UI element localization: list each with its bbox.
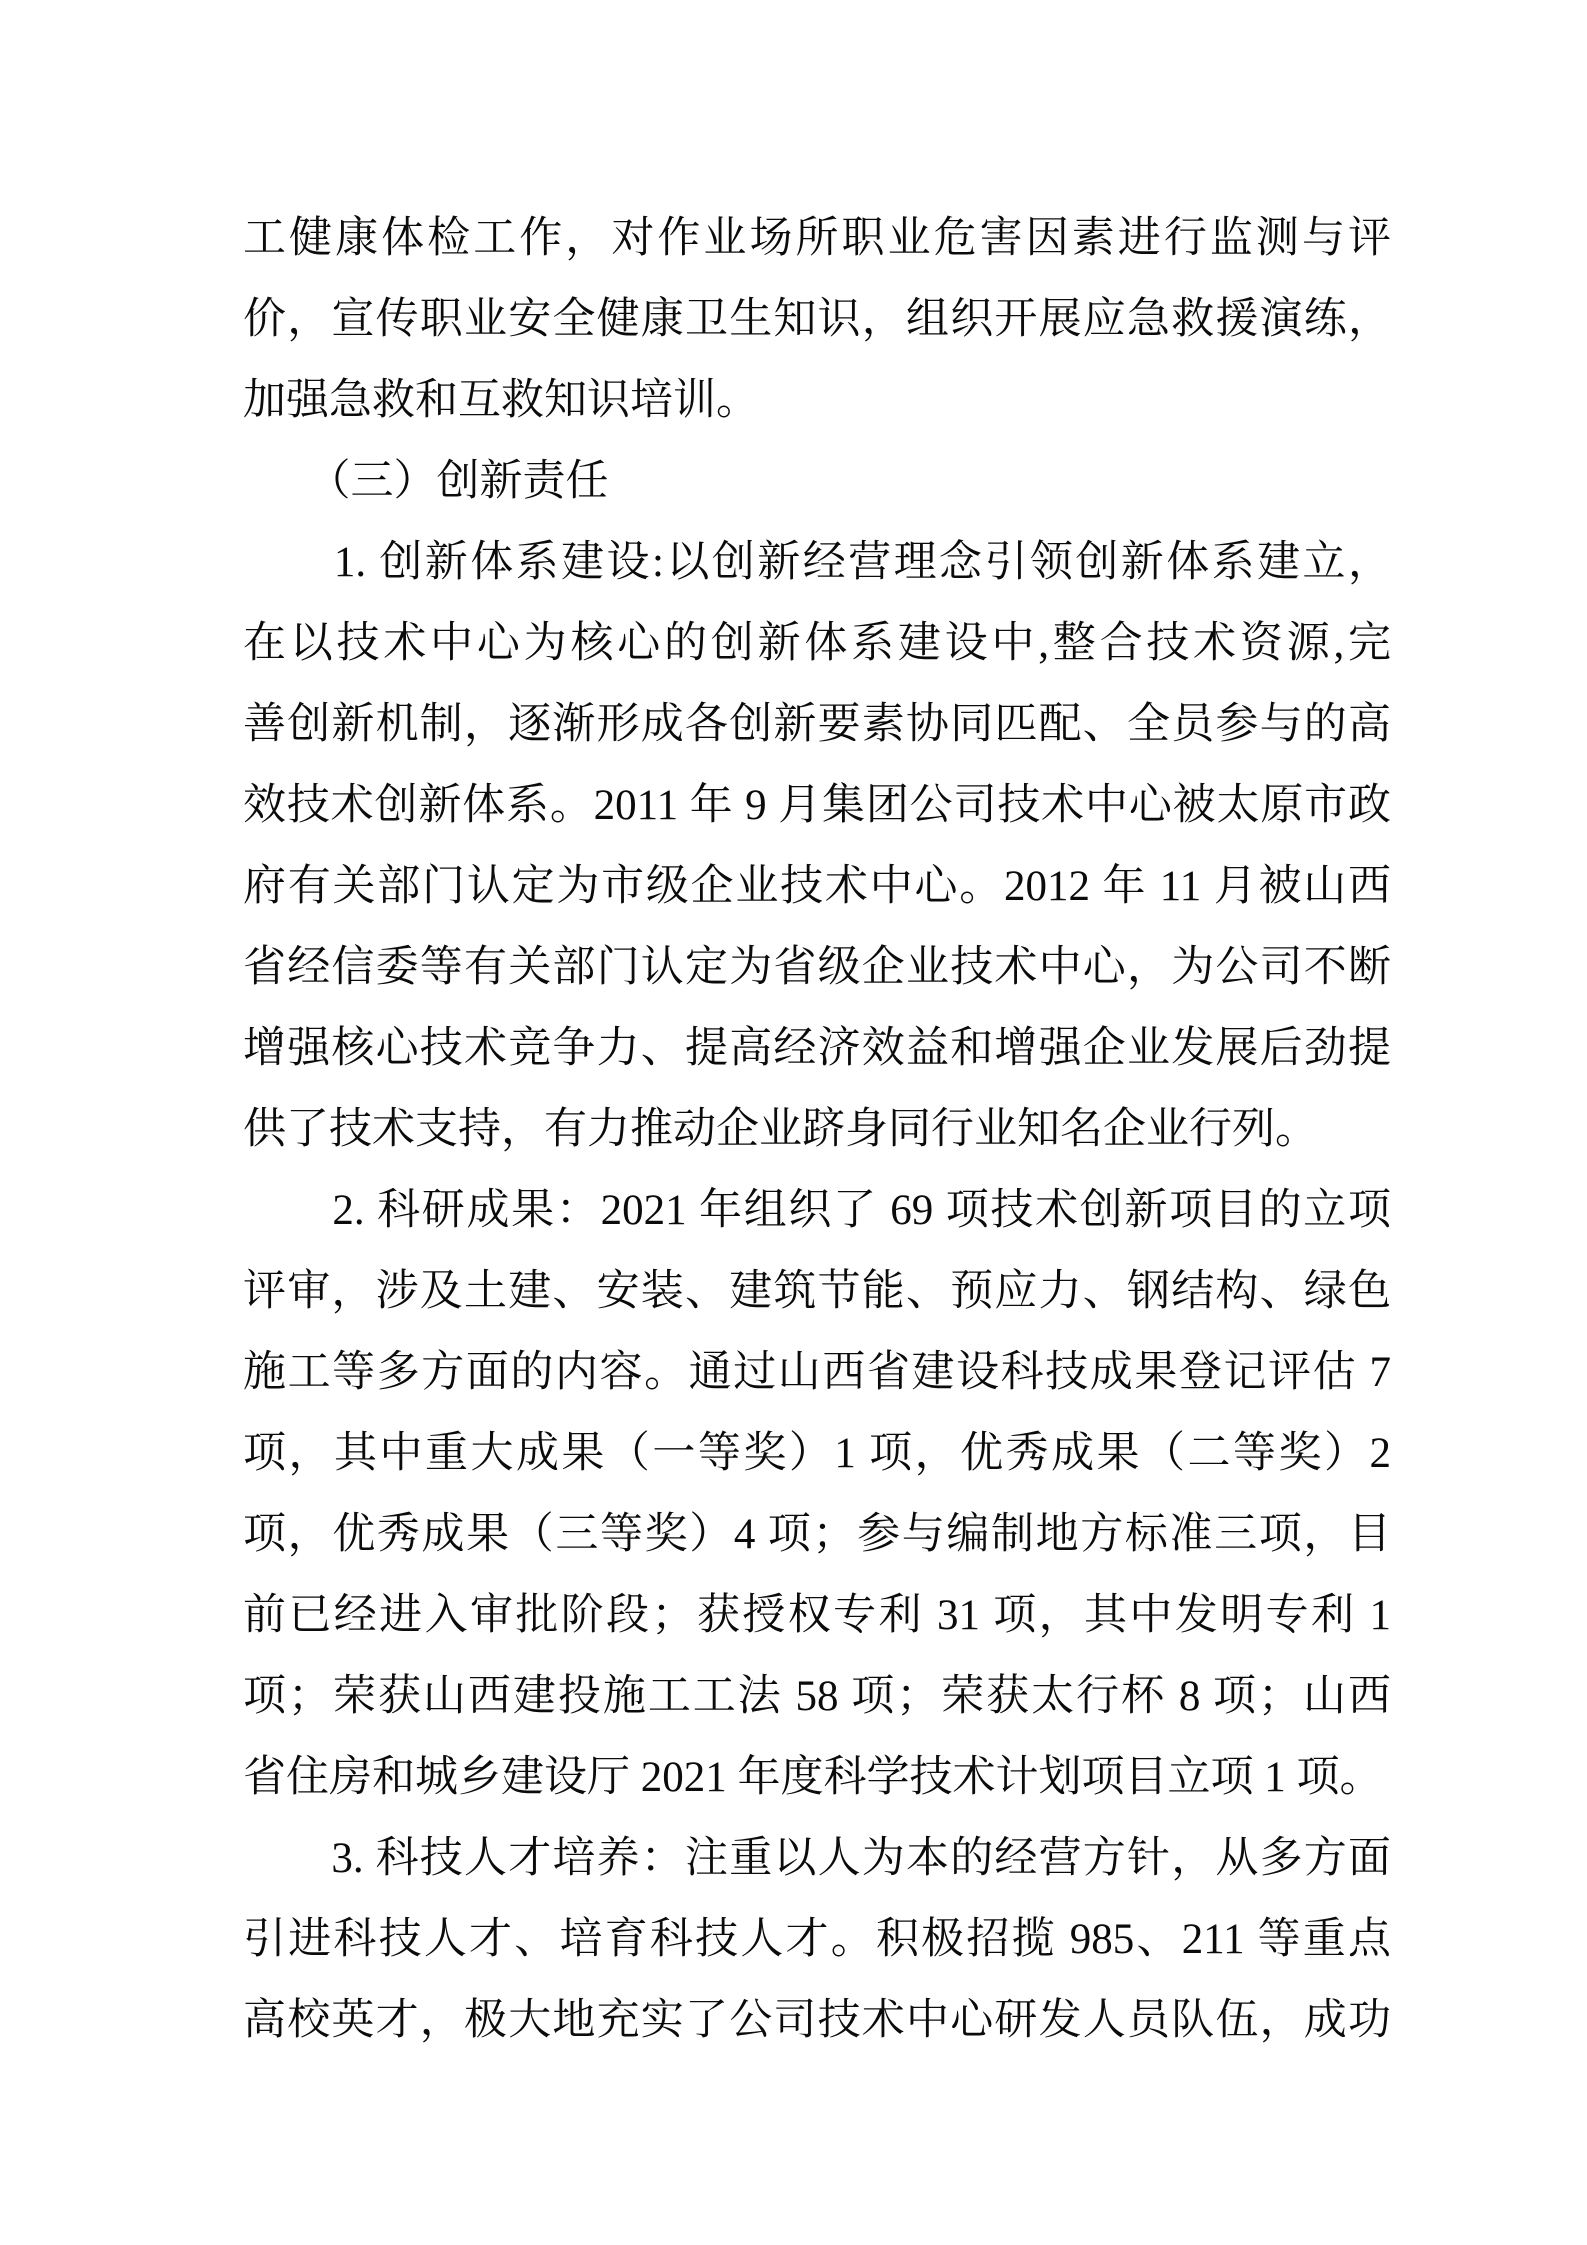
text-line: 项，其中重大成果（一等奖）1 项，优秀成果（二等奖）2 [243, 1413, 1391, 1494]
text-line: 2. 科研成果：2021 年组织了 69 项技术创新项目的立项 [243, 1170, 1391, 1251]
text-line: 增强核心技术竞争力、提高经济效益和增强企业发展后劲提 [243, 1008, 1391, 1089]
text-line: 价，宣传职业安全健康卫生知识，组织开展应急救援演练， [243, 279, 1391, 360]
text-line: 在以技术中心为核心的创新体系建设中,整合技术资源,完 [243, 603, 1391, 684]
text-line: 1. 创新体系建设:以创新经营理念引领创新体系建立， [243, 522, 1391, 603]
text-line: 省住房和城乡建设厅 2021 年度科学技术计划项目立项 1 项。 [243, 1737, 1391, 1818]
text-line: 善创新机制，逐渐形成各创新要素协同匹配、全员参与的高 [243, 684, 1391, 765]
text-line: 3. 科技人才培养：注重以人为本的经营方针，从多方面 [243, 1818, 1391, 1899]
text-line: 项；荣获山西建投施工工法 58 项；荣获太行杯 8 项；山西 [243, 1656, 1391, 1737]
text-line: 前已经进入审批阶段；获授权专利 31 项，其中发明专利 1 [243, 1575, 1391, 1656]
document-body: 工健康体检工作，对作业场所职业危害因素进行监测与评 价，宣传职业安全健康卫生知识… [243, 198, 1391, 2061]
text-line: 高校英才，极大地充实了公司技术中心研发人员队伍，成功 [243, 1980, 1391, 2061]
text-line: 引进科技人才、培育科技人才。积极招揽 985、211 等重点 [243, 1899, 1391, 1980]
text-line: 项，优秀成果（三等奖）4 项；参与编制地方标准三项，目 [243, 1494, 1391, 1575]
text-line: 施工等多方面的内容。通过山西省建设科技成果登记评估 7 [243, 1332, 1391, 1413]
text-line: 加强急救和互救知识培训。 [243, 360, 1391, 441]
text-line: 评审，涉及土建、安装、建筑节能、预应力、钢结构、绿色 [243, 1251, 1391, 1332]
section-heading: （三）创新责任 [243, 441, 1391, 522]
text-line: 省经信委等有关部门认定为省级企业技术中心，为公司不断 [243, 927, 1391, 1008]
text-line: 府有关部门认定为市级企业技术中心。2012 年 11 月被山西 [243, 846, 1391, 927]
document-page: 工健康体检工作，对作业场所职业危害因素进行监测与评 价，宣传职业安全健康卫生知识… [0, 0, 1587, 2245]
text-line: 工健康体检工作，对作业场所职业危害因素进行监测与评 [243, 198, 1391, 279]
text-line: 效技术创新体系。2011 年 9 月集团公司技术中心被太原市政 [243, 765, 1391, 846]
text-line: 供了技术支持，有力推动企业跻身同行业知名企业行列。 [243, 1089, 1391, 1170]
